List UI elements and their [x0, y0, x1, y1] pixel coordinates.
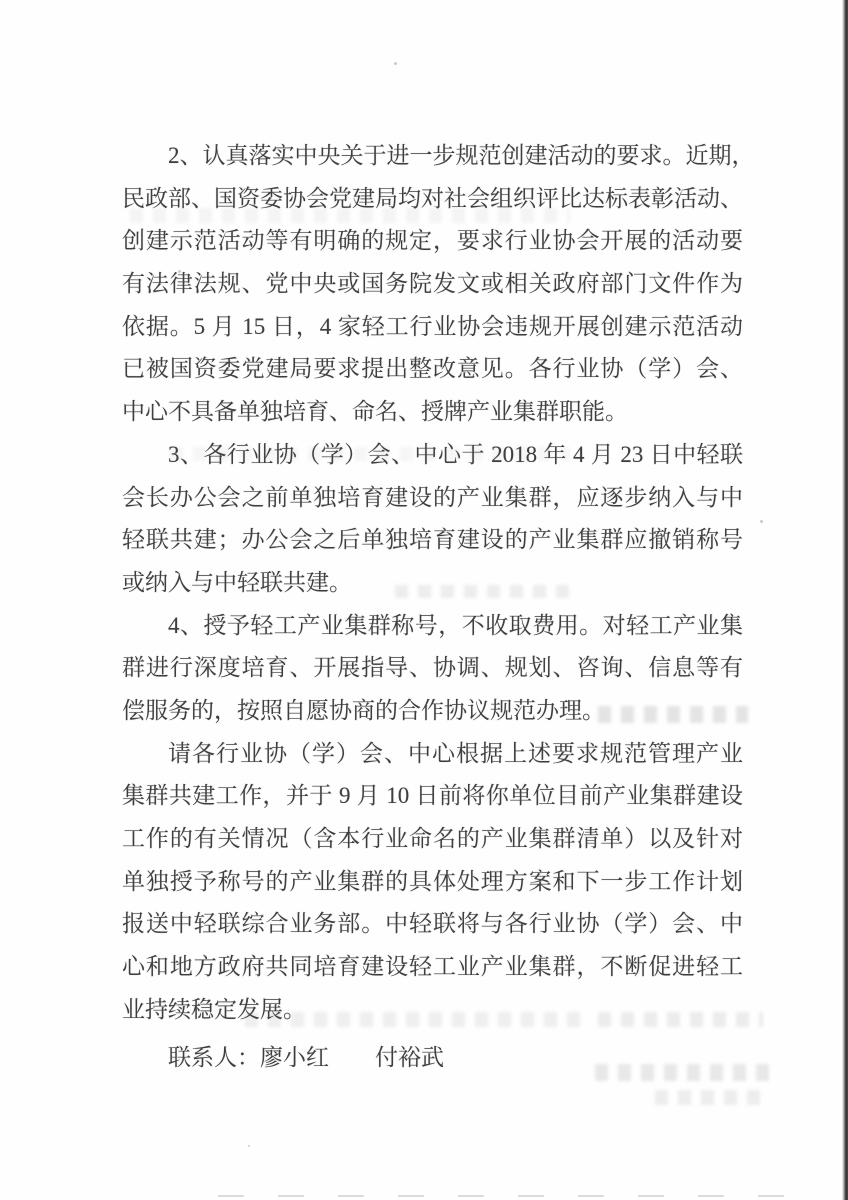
scan-speckle: [760, 520, 763, 523]
text-line: 已被国资委党建局要求提出整改意见。各行业协（学）会、: [122, 348, 743, 391]
text-line: 有法律法规、党中央或国务院发文或相关政府部门文件作为: [122, 263, 743, 306]
scanned-page: 2、认真落实中央关于进一步规范创建活动的要求。近期， 民政部、国资委协会党建局均…: [0, 0, 848, 1200]
bleed-through-artifact: [655, 1090, 770, 1105]
text-line: 3、各行业协（学）会、中心于 2018 年 4 月 23 日中轻联: [122, 434, 743, 477]
paragraph-closing: 请各行业协（学）会、中心根据上述要求规范管理产业 集群共建工作，并于 9 月 1…: [122, 733, 743, 1032]
scan-speckle: [521, 413, 524, 416]
text-line: 心和地方政府共同培育建设轻工业产业集群，不断促进轻工: [122, 946, 743, 989]
document-body: 2、认真落实中央关于进一步规范创建活动的要求。近期， 民政部、国资委协会党建局均…: [122, 135, 743, 1080]
text-line: 或纳入与中轻联共建。: [122, 562, 743, 605]
text-line: 中心不具备单独培育、命名、授牌产业集群职能。: [122, 391, 743, 434]
scan-edge-bottom: [218, 1195, 793, 1197]
text-line: 2、认真落实中央关于进一步规范创建活动的要求。近期，: [122, 135, 743, 178]
text-line: 会长办公会之前单独培育建设的产业集群，应逐步纳入与中: [122, 477, 743, 520]
text-line: 工作的有关情况（含本行业命名的产业集群清单）以及针对: [122, 818, 743, 861]
text-line: 群进行深度培育、开展指导、协调、规划、咨询、信息等有: [122, 647, 743, 690]
text-line: 4、授予轻工产业集群称号，不收取费用。对轻工产业集: [122, 605, 743, 648]
scan-speckle: [394, 62, 397, 65]
scan-edge-right: [842, 0, 848, 1200]
text-line: 集群共建工作，并于 9 月 10 日前将你单位目前产业集群建设: [122, 775, 743, 818]
text-line: 轻联共建；办公会之后单独培育建设的产业集群应撤销称号: [122, 519, 743, 562]
text-line: 业持续稳定发展。: [122, 989, 743, 1032]
paragraph-item-3: 3、各行业协（学）会、中心于 2018 年 4 月 23 日中轻联 会长办公会之…: [122, 434, 743, 605]
text-line: 民政部、国资委协会党建局均对社会组织评比达标表彰活动、: [122, 178, 743, 221]
paragraph-item-2: 2、认真落实中央关于进一步规范创建活动的要求。近期， 民政部、国资委协会党建局均…: [122, 135, 743, 434]
text-line: 请各行业协（学）会、中心根据上述要求规范管理产业: [122, 733, 743, 776]
scan-speckle: [248, 1145, 250, 1147]
text-line: 单独授予称号的产业集群的具体处理方案和下一步工作计划: [122, 861, 743, 904]
text-line: 报送中轻联综合业务部。中轻联将与各行业协（学）会、中: [122, 903, 743, 946]
text-line: 创建示范活动等有明确的规定，要求行业协会开展的活动要: [122, 220, 743, 263]
text-line: 依据。5 月 15 日，4 家轻工行业协会违规开展创建示范活动: [122, 306, 743, 349]
contact-line: 联系人：廖小红 付裕武: [122, 1037, 743, 1080]
text-line: 偿服务的，按照自愿协商的合作协议规范办理。: [122, 690, 743, 733]
scan-speckle: [178, 270, 181, 273]
paragraph-item-4: 4、授予轻工产业集群称号，不收取费用。对轻工产业集 群进行深度培育、开展指导、协…: [122, 605, 743, 733]
